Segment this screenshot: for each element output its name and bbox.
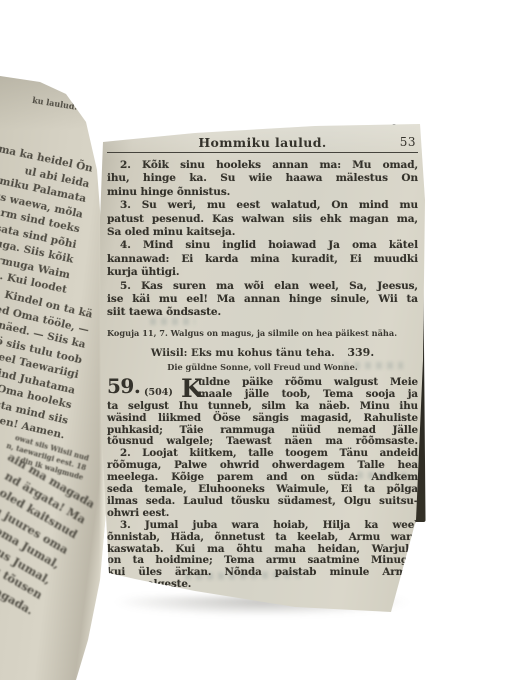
hymn-line: ise käi mu eel! Ma annan hinge sinule, W… [107,293,418,306]
hymn-line: 2. Kõik sinu hooleks annan ma: Mu omad, [107,159,418,172]
drop-cap: K [181,374,203,403]
hymn-line: uldne päike rõõmu walgust Meie [198,377,418,389]
scripture-reference: Koguja 11, 7. Walgus on magus, ja silmil… [107,328,418,338]
left-page-upper-text: htama ka heidel Õn ul abi leida mmiku Pa… [0,126,94,298]
left-page-header-fragment: ku laulud. [0,85,78,112]
hymn-line: minu hinge õnnistus. [107,186,418,199]
hymn-line: õnnistab, Häda, õnnetust ta keelab, Armu… [107,532,418,544]
hymn-line: ihu, hinge ka. Su wiie haawa mälestus On [107,172,418,185]
hymn-continuation-stanzas: 2. Kõik sinu hooleks annan ma: Mu omad, … [107,159,418,320]
running-header-title: Hommiku laulud. [198,135,326,150]
german-tune-line: Die güldne Sonne, voll Freud und Wonne. [107,362,418,372]
tune-reference-number: 339. [347,346,374,359]
header-rule [107,152,418,153]
hymn-number: 59. [107,374,140,398]
page-number: 53 [400,135,416,149]
hymn-line: 4. Mind sinu inglid hoiawad Ja oma kätel [107,239,418,252]
running-header: Hommiku laulud. 53 [107,135,418,150]
hymn-line: päike selgeste. [107,579,418,591]
hymn-line: 5. Kas suren ma wõi elan weel, Sa, Jeesu… [107,280,418,293]
hymn-line: kurja ühtigi. [107,266,418,279]
tune-reference-label: Wiisil: Eks mu kohus tänu teha. [151,347,335,359]
hymn-alt-number: (504) [144,387,173,398]
book-photo: ku laulud. htama ka heidel Õn ul abi lei… [0,0,510,680]
hymn-line: ohwri eest. [107,508,418,520]
hymn-line: Sa oled minu kaitseja. [107,226,418,239]
hymn-line: patust pesenud. Kas walwan siis ehk maga… [107,213,418,226]
hymn-line: kannawad: Ei karda mina kuradit, Ei muud… [107,253,418,266]
ink-speck [392,122,396,125]
hymn-line: wäsind liikmed Ööse sängis magasid, Rahu… [107,413,418,425]
left-page: ku laulud. htama ka heidel Õn ul abi lei… [0,70,112,680]
hymn-line: 3. Su weri, mu eest walatud, On mind mu [107,199,418,212]
tune-reference: Wiisil: Eks mu kohus tänu teha. 339. [107,346,418,359]
hymn-line: ta selgust Ihu tunneb, silm ka näeb. Min… [107,401,418,413]
hymn-line: siit taewa õndsaste. [107,306,418,319]
hymn-line: maale jälle toob, Tema sooja ja [198,389,418,401]
hymn-59: 59. (504) K uldne päike rõõmu walgust Me… [107,377,418,591]
hymn-line: 3. Jumal juba wara hoiab, Hilja ka weel [107,520,418,532]
right-page: Hommiku laulud. 53 2. Kõik sinu hooleks … [95,120,430,620]
right-page-text-block: Hommiku laulud. 53 2. Kõik sinu hooleks … [107,135,418,591]
